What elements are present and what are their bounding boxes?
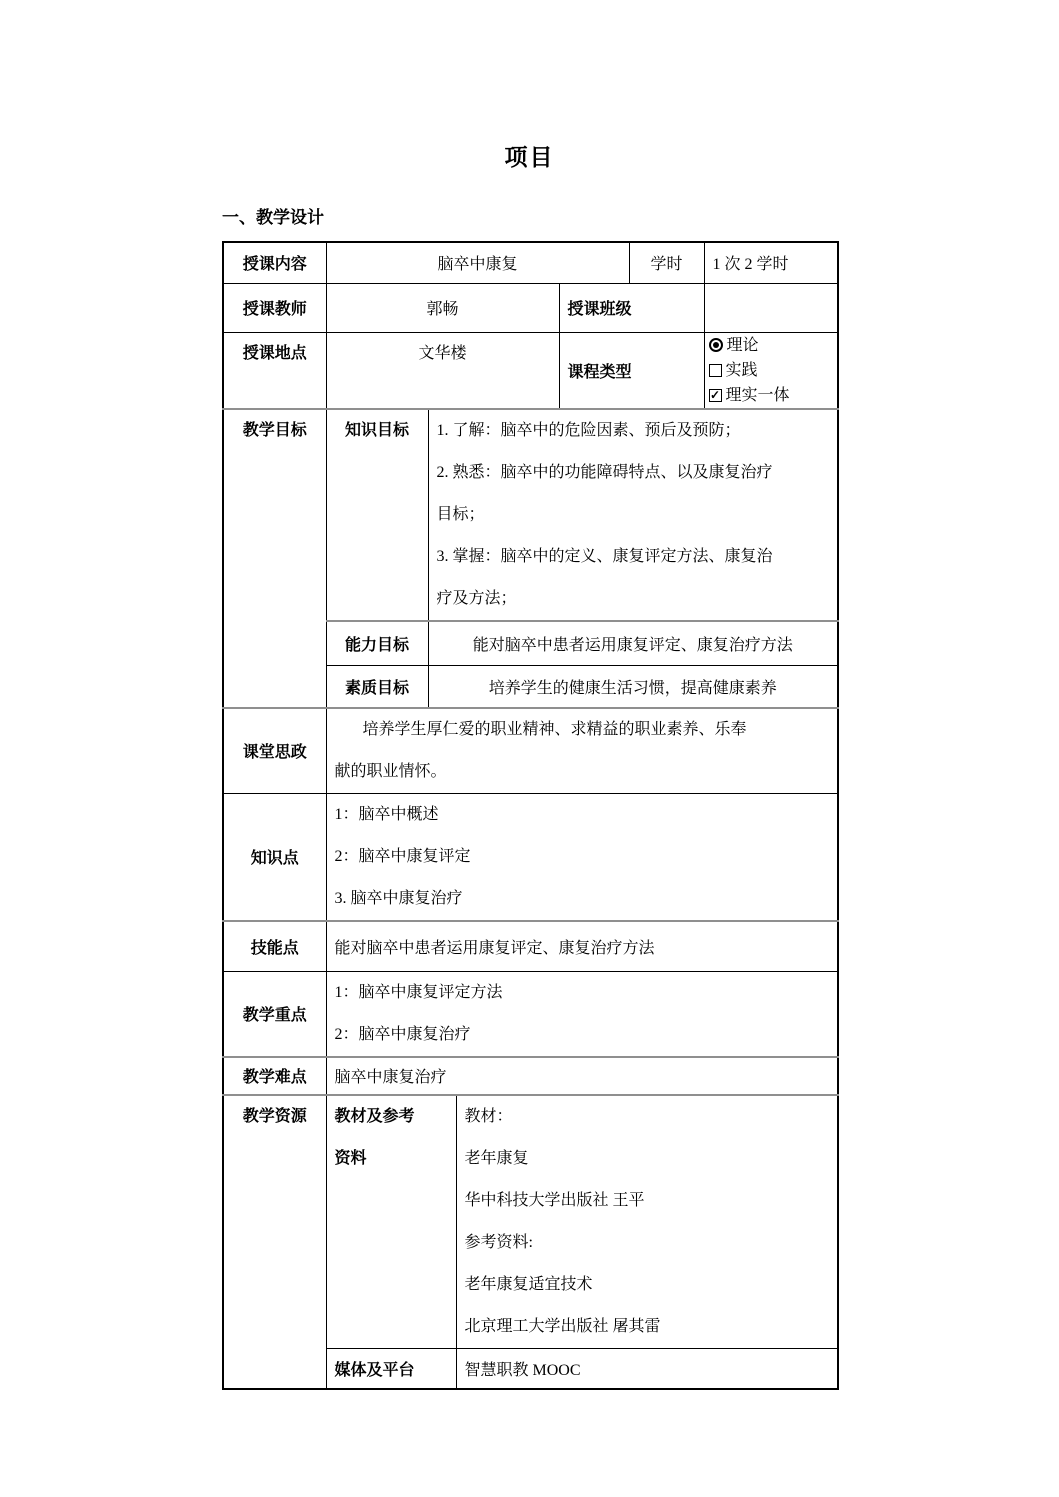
knowledge-objective-line: 2. 熟悉：脑卒中的功能障碍特点、以及康复治疗	[437, 452, 830, 494]
platform-label: 媒体及平台	[326, 1349, 456, 1389]
check-glyph: ✓	[710, 389, 720, 401]
checkbox-checked-icon[interactable]: ✓	[709, 389, 722, 402]
quality-objectives-label: 素质目标	[326, 666, 428, 708]
materials-line: 华中科技大学出版社 王平	[465, 1180, 830, 1222]
document-title: 项目	[0, 139, 1059, 172]
knowledge-points-label: 知识点	[223, 793, 326, 921]
ideology-label: 课堂思政	[223, 708, 326, 794]
materials-line: 老年康复适宜技术	[465, 1264, 830, 1306]
ability-objectives-content: 能对脑卒中患者运用康复评定、康复治疗方法	[428, 621, 838, 666]
knowledge-point-line: 2：脑卒中康复评定	[335, 836, 830, 878]
option-label-practice: 实践	[726, 358, 758, 383]
key-points-content: 1：脑卒中康复评定方法 2：脑卒中康复治疗	[326, 971, 838, 1057]
course-type-label: 课程类型	[559, 332, 704, 409]
location-value: 文华楼	[326, 332, 559, 409]
platform-value: 智慧职教 MOOC	[456, 1349, 838, 1389]
ideology-line: 培养学生厚仁爱的职业精神、求精益的职业素养、乐奉	[335, 709, 830, 751]
teacher-label: 授课教师	[223, 283, 326, 332]
option-label-integrated: 理实一体	[726, 383, 790, 408]
class-value	[704, 283, 838, 332]
ideology-content: 培养学生厚仁爱的职业精神、求精益的职业素养、乐奉 献的职业情怀。	[326, 708, 838, 794]
knowledge-objectives-label: 知识目标	[326, 409, 428, 621]
quality-objectives-content: 培养学生的健康生活习惯，提高健康素养	[428, 666, 838, 708]
course-content-value: 脑卒中康复	[326, 242, 629, 283]
course-type-option-practice[interactable]: 实践	[709, 358, 834, 383]
materials-line: 老年康复	[465, 1138, 830, 1180]
materials-line: 教材：	[465, 1096, 830, 1138]
knowledge-objective-line: 1. 了解：脑卒中的危险因素、预后及预防；	[437, 410, 830, 452]
class-label: 授课班级	[559, 283, 704, 332]
materials-line: 北京理工大学出版社 屠其雷	[465, 1306, 830, 1348]
radio-selected-icon[interactable]	[709, 338, 723, 352]
checkbox-unchecked-icon[interactable]	[709, 364, 722, 377]
course-type-options: 理论 实践 ✓ 理实一体	[704, 332, 838, 409]
option-label-theory: 理论	[727, 333, 759, 358]
hours-value: 1 次 2 学时	[704, 242, 838, 283]
location-label: 授课地点	[223, 332, 326, 409]
materials-label-line: 资料	[335, 1138, 448, 1180]
knowledge-objective-line: 3. 掌握：脑卒中的定义、康复评定方法、康复治	[437, 536, 830, 578]
knowledge-point-line: 3. 脑卒中康复治疗	[335, 878, 830, 920]
knowledge-points-content: 1：脑卒中概述 2：脑卒中康复评定 3. 脑卒中康复治疗	[326, 793, 838, 921]
knowledge-objective-line: 目标；	[437, 494, 830, 536]
knowledge-objectives-content: 1. 了解：脑卒中的危险因素、预后及预防； 2. 熟悉：脑卒中的功能障碍特点、以…	[428, 409, 838, 621]
materials-line: 参考资料:	[465, 1222, 830, 1264]
ideology-line: 献的职业情怀。	[335, 751, 830, 793]
teacher-value: 郭畅	[326, 283, 559, 332]
resources-label: 教学资源	[223, 1095, 326, 1389]
key-points-label: 教学重点	[223, 971, 326, 1057]
materials-content: 教材： 老年康复 华中科技大学出版社 王平 参考资料: 老年康复适宜技术 北京理…	[456, 1095, 838, 1349]
key-point-line: 2：脑卒中康复治疗	[335, 1014, 830, 1056]
difficult-points-label: 教学难点	[223, 1057, 326, 1095]
teaching-design-table: 授课内容 脑卒中康复 学时 1 次 2 学时 授课教师 郭畅 授课班级 授课地点…	[222, 241, 839, 1390]
key-point-line: 1：脑卒中康复评定方法	[335, 972, 830, 1014]
objectives-label: 教学目标	[223, 409, 326, 708]
knowledge-objective-line: 疗及方法；	[437, 578, 830, 620]
course-type-option-integrated[interactable]: ✓ 理实一体	[709, 383, 834, 408]
materials-label: 教材及参考 资料	[326, 1095, 456, 1349]
hours-label: 学时	[629, 242, 704, 283]
document-page: 项目 一、教学设计 授课内容 脑卒中康复 学时 1 次 2 学时 授课教师 郭畅…	[0, 0, 1059, 1497]
knowledge-point-line: 1：脑卒中概述	[335, 794, 830, 836]
course-type-option-theory[interactable]: 理论	[709, 333, 834, 358]
skill-points-content: 能对脑卒中患者运用康复评定、康复治疗方法	[326, 921, 838, 971]
course-content-label: 授课内容	[223, 242, 326, 283]
difficult-points-content: 脑卒中康复治疗	[326, 1057, 838, 1095]
section-heading: 一、教学设计	[222, 203, 1059, 228]
ability-objectives-label: 能力目标	[326, 621, 428, 666]
skill-points-label: 技能点	[223, 921, 326, 971]
materials-label-line: 教材及参考	[335, 1096, 448, 1138]
